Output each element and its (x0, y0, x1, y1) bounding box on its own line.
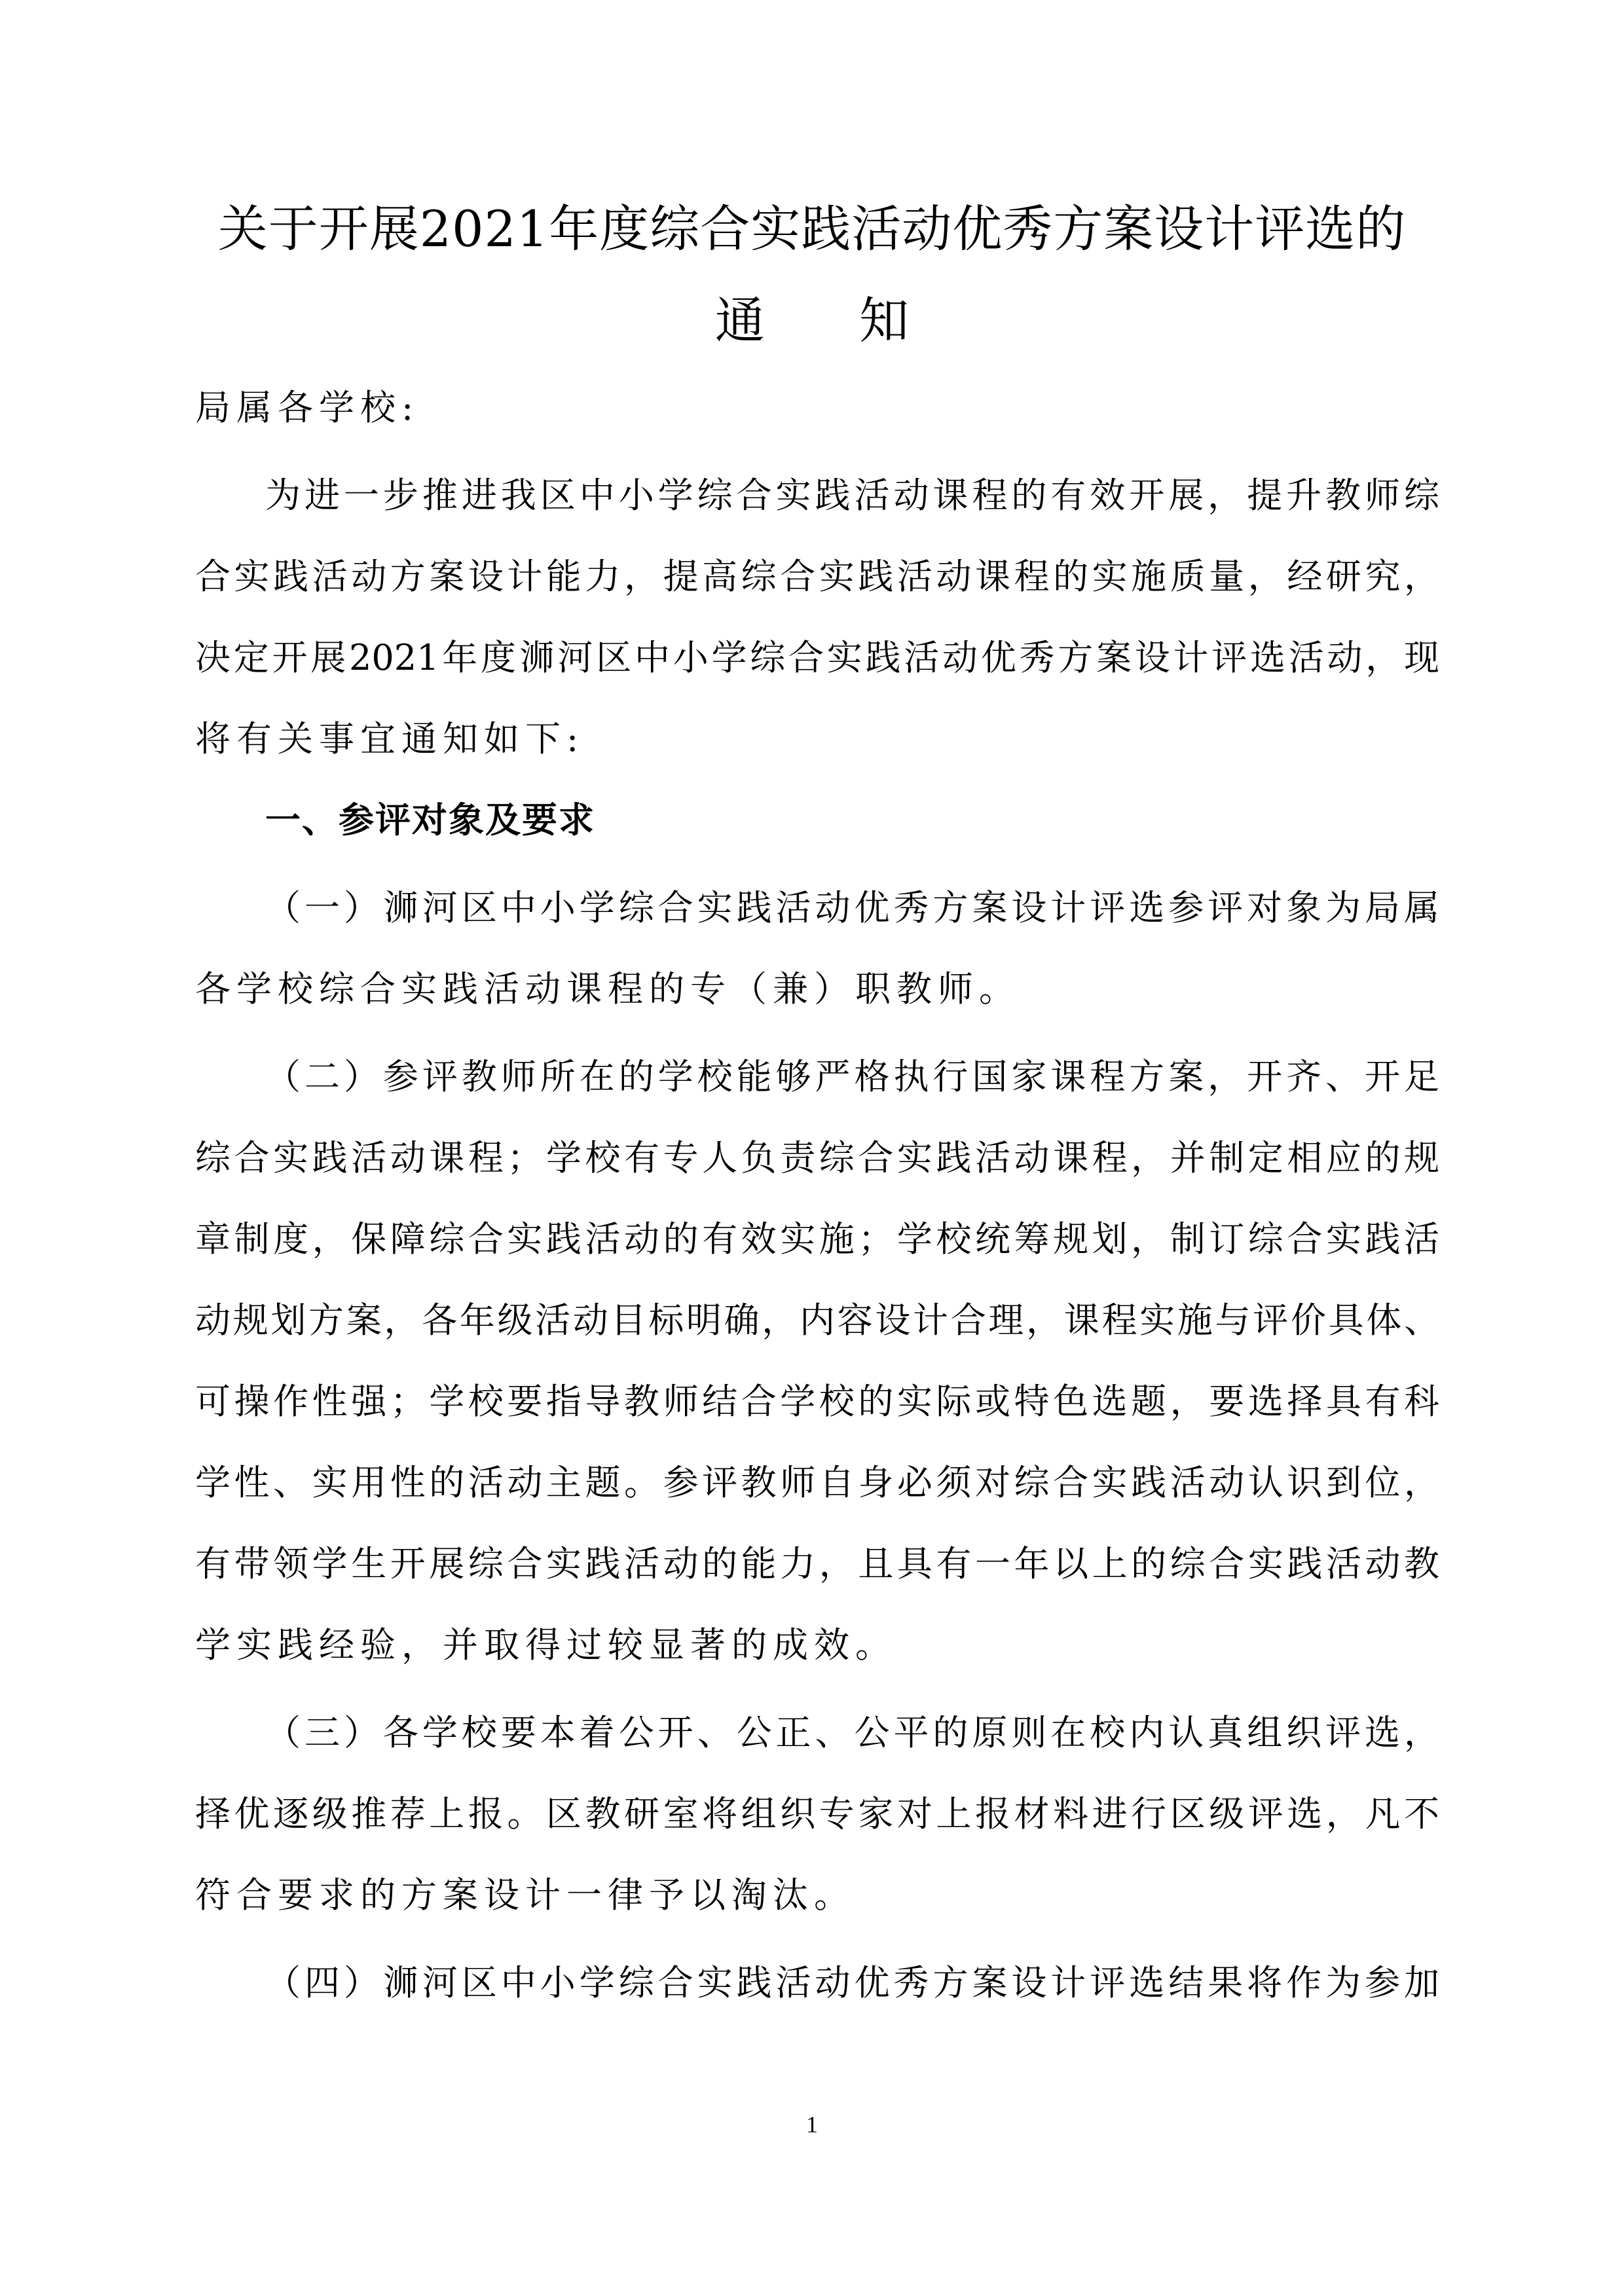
intro-line-2: 合实践活动方案设计能力，提高综合实践活动课程的实施质量，经研究， (195, 554, 1439, 600)
item-2-line-8: 学实践经验，并取得过较显著的成效。 (195, 1622, 1439, 1668)
item-3-line-1: （三）各学校要本着公开、公正、公平的原则在校内认真组织评选， (265, 1710, 1439, 1756)
item-1-line-1: （一）浉河区中小学综合实践活动优秀方案设计评选参评对象为局属 (265, 885, 1439, 931)
document-title-line-1: 关于开展2021年度综合实践活动优秀方案设计评选的 (0, 196, 1624, 262)
salutation: 局属各学校: (195, 385, 1439, 431)
document-title-line-2: 通 知 (0, 288, 1624, 354)
item-2-line-7: 有带领学生开展综合实践活动的能力，且具有一年以上的综合实践活动教 (195, 1541, 1439, 1587)
item-3-line-3: 符合要求的方案设计一律予以淘汰。 (195, 1872, 1439, 1918)
document-page: 关于开展2021年度综合实践活动优秀方案设计评选的 通 知 局属各学校: 为进一… (0, 0, 1624, 2296)
item-2-line-4: 动规划方案，各年级活动目标明确，内容设计合理，课程实施与评价具体、 (195, 1298, 1439, 1343)
section-heading-1: 一、参评对象及要求 (265, 797, 1439, 843)
intro-line-3: 决定开展2021年度浉河区中小学综合实践活动优秀方案设计评选活动，现 (195, 635, 1439, 681)
intro-line-4: 将有关事宜通知如下: (195, 716, 1439, 762)
item-1-line-2: 各学校综合实践活动课程的专（兼）职教师。 (195, 966, 1439, 1012)
item-2-line-5: 可操作性强；学校要指导教师结合学校的实际或特色选题，要选择具有科 (195, 1379, 1439, 1425)
item-4-line-1: （四）浉河区中小学综合实践活动优秀方案设计评选结果将作为参加 (265, 1960, 1439, 2006)
item-2-line-3: 章制度，保障综合实践活动的有效实施；学校统筹规划，制订综合实践活 (195, 1216, 1439, 1262)
item-2-line-1: （二）参评教师所在的学校能够严格执行国家课程方案，开齐、开足 (265, 1054, 1439, 1100)
item-2-line-2: 综合实践活动课程；学校有专人负责综合实践活动课程，并制定相应的规 (195, 1135, 1439, 1181)
intro-line-1: 为进一步推进我区中小学综合实践活动课程的有效开展，提升教师综 (265, 473, 1439, 519)
page-number: 1 (0, 2111, 1624, 2138)
item-2-line-6: 学性、实用性的活动主题。参评教师自身必须对综合实践活动认识到位， (195, 1460, 1439, 1506)
item-3-line-2: 择优逐级推荐上报。区教研室将组织专家对上报材料进行区级评选，凡不 (195, 1791, 1439, 1837)
